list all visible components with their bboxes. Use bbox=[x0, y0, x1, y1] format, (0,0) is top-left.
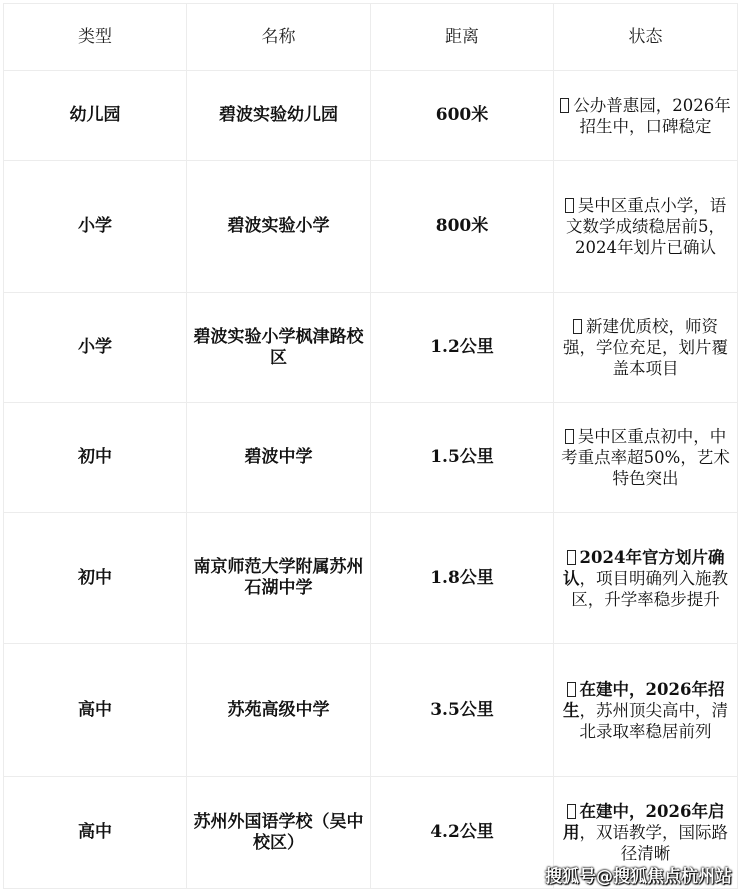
cell-type: 小学 bbox=[4, 293, 187, 403]
cell-status: 在建中，2026年招生，苏州顶尖高中，清北录取率稳居前列 bbox=[554, 644, 738, 777]
school-table: 类型 名称 距离 状态 幼儿园 碧波实验幼儿园 600米 公办普惠园，2026年… bbox=[3, 3, 738, 889]
table-row: 高中 苏苑高级中学 3.5公里 在建中，2026年招生，苏州顶尖高中，清北录取率… bbox=[4, 644, 738, 777]
table-row: 小学 碧波实验小学 800米 吴中区重点小学，语文数学成绩稳居前5，2024年划… bbox=[4, 161, 738, 293]
cell-name: 苏苑高级中学 bbox=[187, 644, 371, 777]
cell-status: 吴中区重点小学，语文数学成绩稳居前5，2024年划片已确认 bbox=[554, 161, 738, 293]
cell-name: 碧波中学 bbox=[187, 403, 371, 513]
table-row: 初中 碧波中学 1.5公里 吴中区重点初中，中考重点率超50%，艺术特色突出 bbox=[4, 403, 738, 513]
missing-glyph-icon bbox=[565, 429, 574, 444]
cell-type: 初中 bbox=[4, 403, 187, 513]
cell-distance: 1.2公里 bbox=[371, 293, 554, 403]
status-text: ，苏州顶尖高中，清北录取率稳居前列 bbox=[580, 701, 729, 741]
cell-distance: 1.8公里 bbox=[371, 513, 554, 644]
table-row: 小学 碧波实验小学枫津路校区 1.2公里 新建优质校，师资强，学位充足，划片覆盖… bbox=[4, 293, 738, 403]
cell-status: 新建优质校，师资强，学位充足，划片覆盖本项目 bbox=[554, 293, 738, 403]
cell-name: 碧波实验小学枫津路校区 bbox=[187, 293, 371, 403]
cell-name: 苏州外国语学校（吴中校区） bbox=[187, 777, 371, 889]
cell-type: 初中 bbox=[4, 513, 187, 644]
cell-distance: 1.5公里 bbox=[371, 403, 554, 513]
missing-glyph-icon bbox=[565, 198, 574, 213]
watermark: 搜狐号@搜狐焦点杭州站 bbox=[545, 862, 732, 887]
missing-glyph-icon bbox=[567, 804, 576, 819]
status-text: 公办普惠园，2026年招生中，口碑稳定 bbox=[573, 96, 731, 136]
cell-distance: 3.5公里 bbox=[371, 644, 554, 777]
table-header-row: 类型 名称 距离 状态 bbox=[4, 4, 738, 71]
header-distance: 距离 bbox=[371, 4, 554, 71]
header-status: 状态 bbox=[554, 4, 738, 71]
missing-glyph-icon bbox=[560, 98, 569, 113]
header-type: 类型 bbox=[4, 4, 187, 71]
cell-distance: 800米 bbox=[371, 161, 554, 293]
status-text: 新建优质校，师资强，学位充足，划片覆盖本项目 bbox=[563, 317, 728, 378]
cell-type: 高中 bbox=[4, 644, 187, 777]
missing-glyph-icon bbox=[567, 682, 576, 697]
cell-type: 小学 bbox=[4, 161, 187, 293]
status-text: ，双语教学，国际路径清晰 bbox=[580, 823, 729, 863]
status-text: ，项目明确列入施教区，升学率稳步提升 bbox=[571, 569, 728, 609]
table-row: 初中 南京师范大学附属苏州石湖中学 1.8公里 2024年官方划片确认，项目明确… bbox=[4, 513, 738, 644]
cell-status: 2024年官方划片确认，项目明确列入施教区，升学率稳步提升 bbox=[554, 513, 738, 644]
cell-status: 吴中区重点初中，中考重点率超50%，艺术特色突出 bbox=[554, 403, 738, 513]
table-row: 幼儿园 碧波实验幼儿园 600米 公办普惠园，2026年招生中，口碑稳定 bbox=[4, 71, 738, 161]
cell-type: 幼儿园 bbox=[4, 71, 187, 161]
cell-name: 碧波实验小学 bbox=[187, 161, 371, 293]
cell-name: 碧波实验幼儿园 bbox=[187, 71, 371, 161]
cell-distance: 600米 bbox=[371, 71, 554, 161]
missing-glyph-icon bbox=[573, 319, 582, 334]
cell-type: 高中 bbox=[4, 777, 187, 889]
status-text: 吴中区重点初中，中考重点率超50%，艺术特色突出 bbox=[561, 427, 730, 488]
missing-glyph-icon bbox=[567, 550, 576, 565]
header-name: 名称 bbox=[187, 4, 371, 71]
status-text: 吴中区重点小学，语文数学成绩稳居前5，2024年划片已确认 bbox=[566, 196, 726, 257]
cell-name: 南京师范大学附属苏州石湖中学 bbox=[187, 513, 371, 644]
cell-distance: 4.2公里 bbox=[371, 777, 554, 889]
cell-status: 公办普惠园，2026年招生中，口碑稳定 bbox=[554, 71, 738, 161]
